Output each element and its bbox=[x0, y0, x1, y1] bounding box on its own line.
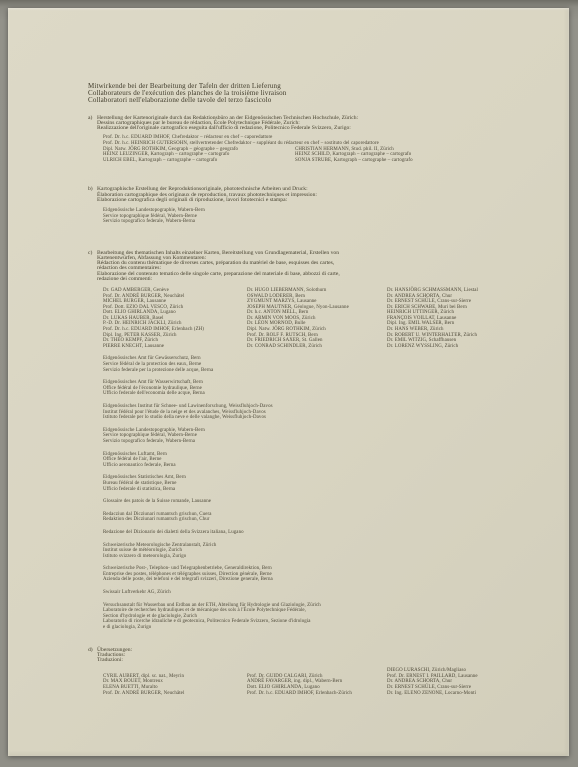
institution-group: Redacziun dal Dicziunari rumantsch grisc… bbox=[103, 512, 543, 523]
text-line: Elaborazione cartografica degli original… bbox=[97, 198, 543, 203]
translator-column-3: DIEGO LURASCHI, Zürich/MagliasoProf. Dr.… bbox=[387, 668, 543, 696]
institution-group: Glossaire des patois de la Suisse romand… bbox=[103, 499, 543, 505]
institution-line: Ufficio federale di statistica, Berna bbox=[103, 487, 543, 493]
institution-line: Ufficio aeronautico federale, Berna bbox=[103, 463, 543, 469]
institution-line: Istituto svizzero di meteorologia, Zurig… bbox=[103, 554, 543, 560]
institution-group: Eidgenössisches Amt für Wasserwirtschaft… bbox=[103, 380, 543, 397]
text-line: Dr. LORENZ WYSSLING, Zürich bbox=[387, 344, 543, 350]
institution-group: Eidgenössisches Luftamt, BernOffice fédé… bbox=[103, 452, 543, 469]
text-line: Traduzioni: bbox=[97, 658, 543, 663]
translator-column-1: CYRIL AUBERT, dipl. sc. nat., MeyrinDr. … bbox=[103, 668, 247, 696]
section-b-reproduction: b) Kartographische Erstellung der Reprod… bbox=[88, 187, 543, 224]
section-d-translations: d) Übersetzungen:Traductions:Traduzioni:… bbox=[88, 648, 543, 697]
institution-group: Eidgenössisches Amt für Gewässerschutz, … bbox=[103, 356, 543, 373]
institution-group: Schweizerische Post-, Telephon- und Tele… bbox=[103, 566, 543, 583]
section-a-staff-list: Prof. Dr. h.c. EDUARD IMHOF, Chefredakto… bbox=[97, 135, 543, 163]
institution-line: e di glaciologia, Zurigo bbox=[103, 625, 543, 631]
institution-group: Swissair Luftverkehr AG, Zürich bbox=[103, 590, 543, 596]
text-line: Dr. CONRAD SCHINDLER, Zürich bbox=[247, 344, 387, 350]
institution-group: Eidgenössisches Statistisches Amt, BernB… bbox=[103, 475, 543, 492]
section-a-map-originals: a) Herstellung der Kartenoriginale durch… bbox=[88, 116, 543, 164]
institution-group: Eidgenössisches Institut für Schnee- und… bbox=[103, 404, 543, 421]
institution-group: Schweizerische Meteorologische Zentralan… bbox=[103, 543, 543, 560]
text-line: Servizio topografico federale, Wabern-Be… bbox=[103, 219, 543, 225]
section-a-intro: Herstellung der Kartenoriginale durch da… bbox=[97, 116, 543, 132]
institution-line: Redaktion des Dicziunari rumantsch grisc… bbox=[103, 517, 543, 523]
section-c-thematic-content: c) Bearbeitung des thematischen Inhalts … bbox=[88, 251, 543, 631]
staff-name-left: ULRICH EBEL, Kartograph – cartographe – … bbox=[103, 158, 295, 164]
contributor-columns: Dr. GAD AMBERGER, GenèveProf. Dr. ANDRÉ … bbox=[97, 288, 543, 350]
institution-group: Versuchsanstalt für Wasserbau und Erdbau… bbox=[103, 603, 543, 631]
institution-line: Azienda delle poste, dei telefoni e dei … bbox=[103, 577, 543, 583]
institution-group: Redazione del Dizionario dei dialetti de… bbox=[103, 530, 543, 536]
institution-line: Glossaire des patois de la Suisse romand… bbox=[103, 499, 543, 505]
institution-groups: Eidgenössisches Amt für Gewässerschutz, … bbox=[97, 356, 543, 630]
section-b-organization: Eidgenössische Landestopographie, Wabern… bbox=[97, 208, 543, 225]
contributor-column-2: Dr. HUGO LIEBERMANN, SolothurnOSWALD LOD… bbox=[247, 288, 387, 350]
section-c-intro: Bearbeitung des thematischen Inhalts ein… bbox=[97, 251, 543, 282]
translator-column-2: Prof. Dr. GUIDO CALGARI, ZürichANDRÉ FAV… bbox=[247, 668, 387, 696]
institution-line: Istituto federale per lo studio della ne… bbox=[103, 415, 543, 421]
text-line: Realizzazione dell'originale cartografic… bbox=[97, 126, 543, 131]
section-a-label: a) bbox=[88, 116, 92, 121]
institution-line: Servizio topografico federale, Wabern-Be… bbox=[103, 439, 543, 445]
section-b-intro: Kartographische Erstellung der Reprodukt… bbox=[97, 187, 543, 203]
institution-line: Ufficio federale dell'economia delle acq… bbox=[103, 391, 543, 397]
text-line: redazione dei commenti: bbox=[97, 277, 543, 282]
page-title: Mitwirkende bei der Bearbeitung der Tafe… bbox=[88, 83, 543, 104]
section-d-label: d) bbox=[88, 648, 93, 653]
text-line: Collaboratori nell'elaborazione delle ta… bbox=[88, 97, 543, 104]
scanned-page: Mitwirkende bei der Bearbeitung der Tafe… bbox=[8, 8, 569, 756]
translator-columns: CYRIL AUBERT, dipl. sc. nat., MeyrinDr. … bbox=[97, 668, 543, 696]
institution-line: Redazione del Dizionario dei dialetti de… bbox=[103, 530, 543, 536]
institution-group: Eidgenössische Landestopographie, Wabern… bbox=[103, 428, 543, 445]
contributor-column-3: Dr. HANSJÖRG SCHMASSMANN, LiestalDr. AND… bbox=[387, 288, 543, 350]
section-c-label: c) bbox=[88, 251, 92, 256]
text-line: Prof. Dr. ANDRÉ BURGER, Neuchâtel bbox=[103, 691, 247, 697]
institution-line: Swissair Luftverkehr AG, Zürich bbox=[103, 590, 543, 596]
text-line: Dr. Ing. ELENO ZENONE, Locarno-Monti bbox=[387, 691, 543, 697]
text-line: PIERRE KNECHT, Lausanne bbox=[103, 344, 247, 350]
section-b-label: b) bbox=[88, 187, 93, 192]
screenshot-root: { "page": { "paper_color": "#d9d5c2", "b… bbox=[0, 0, 578, 767]
institution-line: Servizio federale per la protezione dell… bbox=[103, 368, 543, 374]
text-line: Prof. Dr. h.c. EDUARD IMHOF, Erlenbach-Z… bbox=[247, 691, 387, 697]
section-d-heading: Übersetzungen:Traductions:Traduzioni: bbox=[97, 648, 543, 664]
staff-name-right: SONJA STRUBE, Kartograph – cartographe –… bbox=[295, 158, 413, 164]
staff-row: ULRICH EBEL, Kartograph – cartographe – … bbox=[103, 158, 543, 164]
contributor-column-1: Dr. GAD AMBERGER, GenèveProf. Dr. ANDRÉ … bbox=[103, 288, 247, 350]
